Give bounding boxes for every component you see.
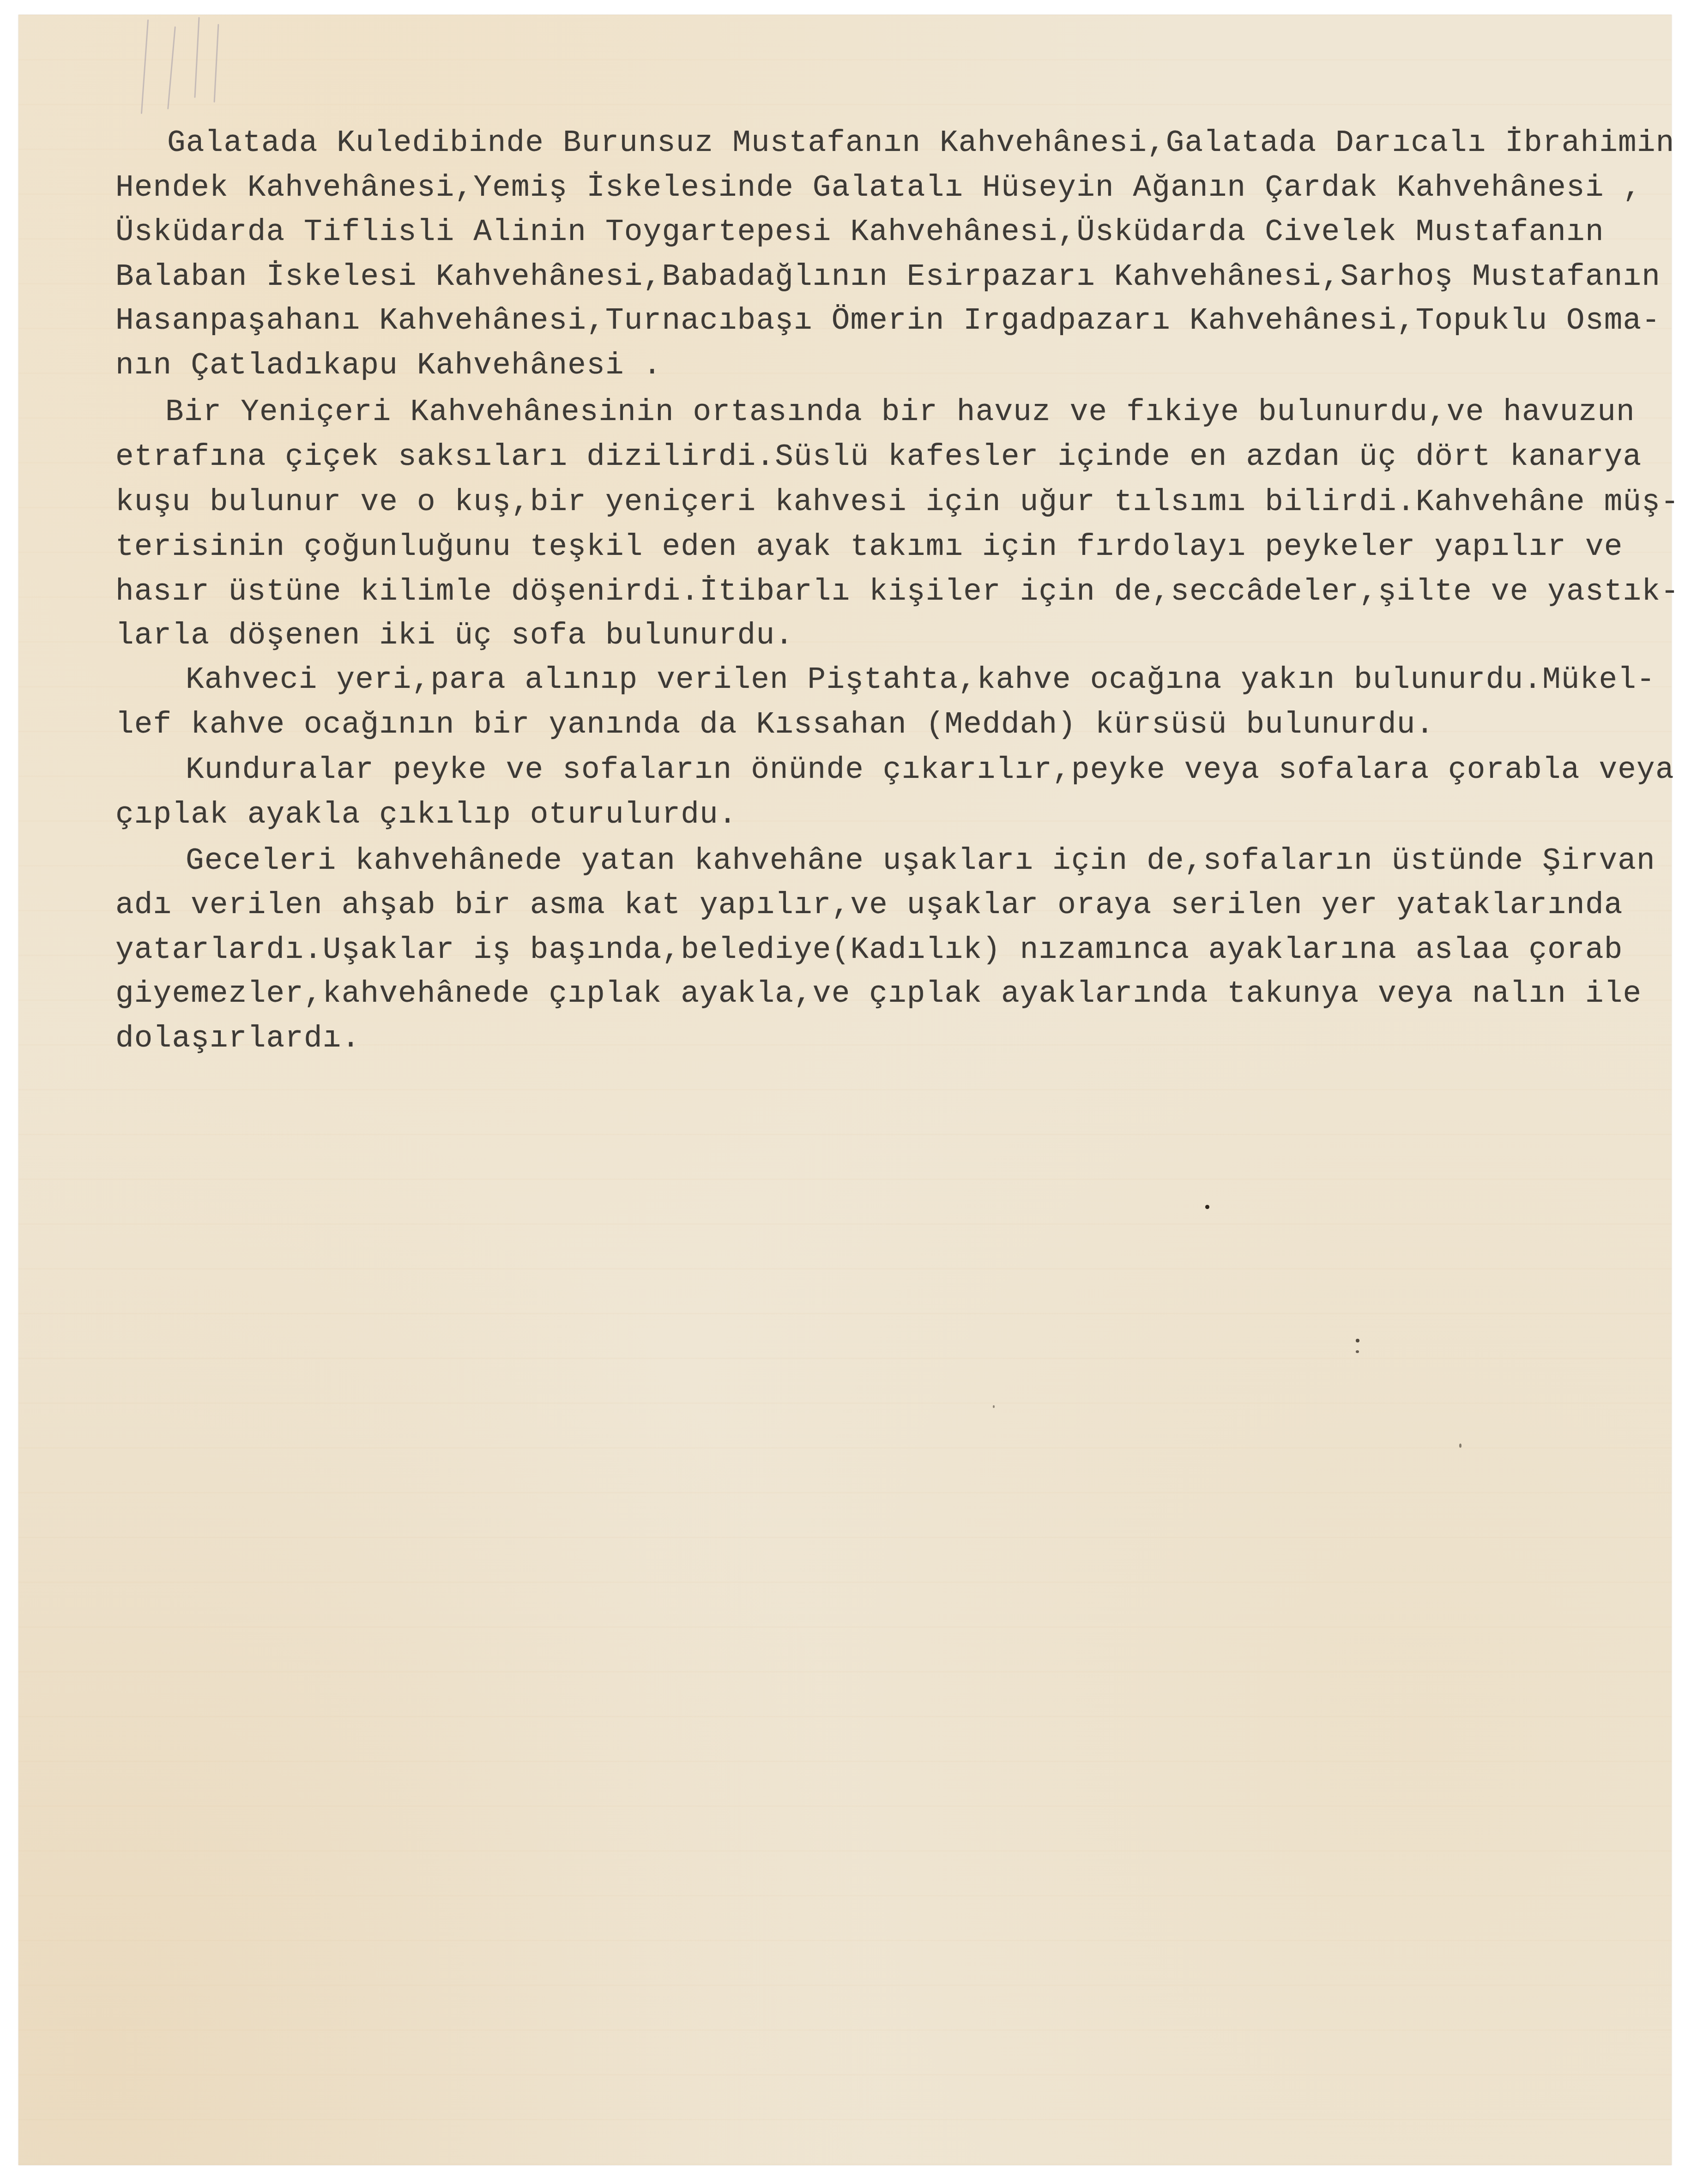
text-line: dolaşırlardı. xyxy=(115,1023,360,1054)
pencil-margin-mark xyxy=(167,26,176,109)
text-line: Bir Yeniçeri Kahvehânesinin ortasında bi… xyxy=(165,397,1635,427)
text-line: Kunduralar peyke ve sofaların önünde çık… xyxy=(186,755,1674,785)
text-line: Galatada Kuledibinde Burunsuz Mustafanın… xyxy=(167,128,1675,158)
text-line: giyemezler,kahvehânede çıplak ayakla,ve … xyxy=(115,979,1642,1009)
text-line: Balaban İskelesi Kahvehânesi,Babadağlını… xyxy=(115,262,1661,292)
text-line: Kahveci yeri,para alınıp verilen Piştaht… xyxy=(186,665,1655,695)
text-line: Üsküdarda Tiflisli Alinin Toygartepesi K… xyxy=(115,217,1604,247)
text-line: çıplak ayakla çıkılıp oturulurdu. xyxy=(115,800,737,830)
text-line: kuşu bulunur ve o kuş,bir yeniçeri kahve… xyxy=(115,487,1679,517)
text-line: nın Çatladıkapu Kahvehânesi . xyxy=(115,350,662,381)
text-line: hasır üstüne kilimle döşenirdi.İtibarlı … xyxy=(115,577,1679,607)
text-line: larla döşenen iki üç sofa bulunurdu. xyxy=(115,620,794,651)
text-line: adı verilen ahşab bir asma kat yapılır,v… xyxy=(115,890,1623,921)
text-line: Hendek Kahvehânesi,Yemiş İskelesinde Gal… xyxy=(115,173,1642,203)
pencil-margin-mark xyxy=(141,19,149,114)
text-line: Hasanpaşahanı Kahvehânesi,Turnacıbaşı Öm… xyxy=(115,306,1661,336)
ink-speck xyxy=(993,1405,995,1408)
ink-speck xyxy=(1205,1205,1209,1209)
text-line: Geceleri kahvehânede yatan kahvehâne uşa… xyxy=(186,846,1655,876)
text-line: etrafına çiçek saksıları dizilirdi.Süslü… xyxy=(115,442,1642,472)
ink-speck xyxy=(1459,1444,1462,1448)
text-line: terisinin çoğunluğunu teşkil eden ayak t… xyxy=(115,532,1623,562)
text-line: lef kahve ocağının bir yanında da Kıssah… xyxy=(115,710,1434,740)
ink-speck xyxy=(1356,1339,1359,1342)
typewritten-page: Galatada Kuledibinde Burunsuz Mustafanın… xyxy=(18,15,1672,2165)
pencil-margin-mark xyxy=(214,24,219,102)
ink-speck xyxy=(1356,1350,1359,1353)
pencil-margin-mark xyxy=(194,17,199,98)
text-line: yatarlardı.Uşaklar iş başında,belediye(K… xyxy=(115,935,1623,965)
